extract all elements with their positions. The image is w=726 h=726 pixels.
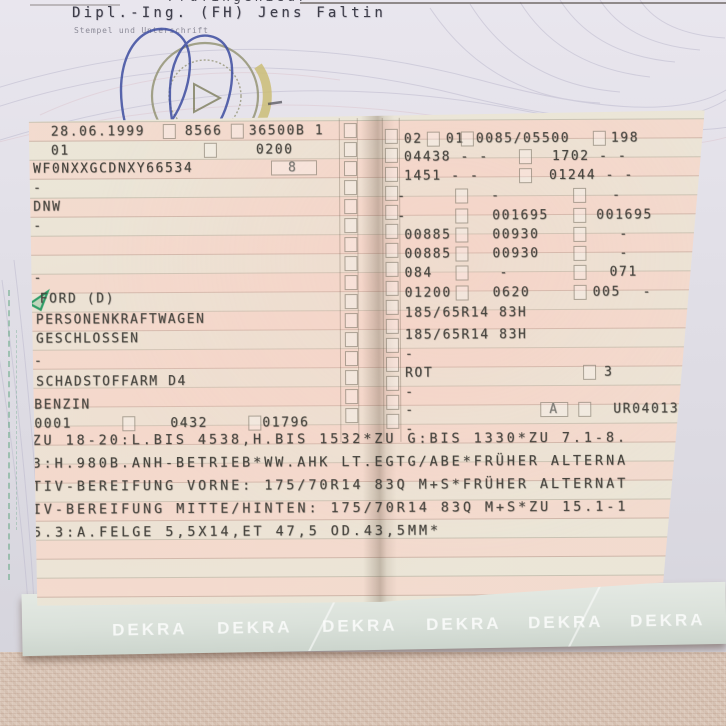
- table-edge-line: [300, 2, 726, 4]
- dekra-logo-text: DEKRA: [528, 612, 604, 633]
- doc-field: BENZIN: [34, 398, 91, 412]
- doc-field: -: [619, 228, 629, 242]
- field-number-box: [344, 142, 357, 157]
- field-number-box: [345, 408, 358, 423]
- doc-field: 00930: [492, 247, 539, 261]
- field-number-box: [344, 237, 357, 252]
- field-number-box: [344, 161, 357, 176]
- field-number-box: [344, 180, 357, 195]
- edge-microtext: [8, 290, 10, 580]
- field-number-box: [573, 188, 586, 203]
- doc-field: DNW: [33, 201, 61, 215]
- remarks-line: IV-BEREIFUNG MITTE/HINTEN: 175/70R14 83Q…: [33, 500, 629, 518]
- field-number-box: [540, 402, 568, 417]
- field-number-box: [385, 129, 398, 144]
- doc-field: -: [34, 355, 44, 369]
- doc-field: 001695: [492, 209, 549, 223]
- field-number-box: [385, 205, 398, 220]
- doc-field: -: [500, 266, 510, 280]
- field-number-box: [345, 370, 358, 385]
- field-number-box: [574, 285, 587, 300]
- field-number-box: [344, 218, 357, 233]
- field-number-box: [583, 365, 596, 380]
- field-number-box: [593, 131, 606, 146]
- registration-document: 28.06.1999856636500B 1010200WF0NXXGCDNXY…: [27, 110, 710, 608]
- field-number-box: [455, 188, 468, 203]
- doc-field: 0432: [170, 417, 208, 431]
- photo-stage: Prüfingenieur Dipl.-Ing. (FH) Jens Falti…: [0, 0, 726, 726]
- doc-field: 01200: [405, 287, 452, 301]
- field-number-box: [345, 294, 358, 309]
- field-number-box: [385, 224, 398, 239]
- doc-field: 071: [610, 266, 638, 280]
- doc-field: -: [405, 404, 415, 418]
- doc-field: GESCHLOSSEN: [36, 332, 140, 347]
- doc-field: 01: [51, 145, 70, 159]
- doc-field: WF0NXXGCDNXY66534: [33, 162, 193, 177]
- remarks-line: 5.3:A.FELGE 5,5X14,ET 47,5 OD.43,5MM*: [33, 524, 441, 541]
- field-number-box: [386, 319, 399, 334]
- field-number-box: [386, 281, 399, 296]
- doc-field: 005: [593, 286, 621, 300]
- field-number-box: [248, 416, 261, 431]
- doc-field: -: [405, 348, 415, 362]
- doc-field: -: [491, 189, 501, 203]
- doc-field: -: [33, 220, 43, 234]
- field-number-box: [345, 389, 358, 404]
- doc-field: -: [397, 190, 407, 204]
- doc-field: 3: [604, 366, 614, 380]
- field-number-box: [231, 124, 244, 139]
- field-number-box: [455, 208, 468, 223]
- doc-field: 02: [404, 133, 423, 147]
- field-number-box: [386, 395, 399, 410]
- doc-field: 01796: [262, 416, 309, 430]
- dekra-logo-text: DEKRA: [426, 614, 502, 635]
- doc-field: -: [397, 210, 407, 224]
- field-number-box: [573, 246, 586, 261]
- doc-field: 0001: [34, 418, 72, 432]
- remarks-line: ZU 18-20:L.BIS 4538,H.BIS 1532*ZU G:BIS …: [32, 431, 628, 449]
- field-number-box: [456, 285, 469, 300]
- field-number-box: [345, 275, 358, 290]
- field-number-box: [344, 256, 357, 271]
- doc-field: 1702 - -: [552, 150, 627, 164]
- field-number-box: [271, 160, 317, 175]
- doc-field: 001695: [596, 209, 653, 223]
- field-number-box: [204, 143, 217, 158]
- doc-field: 04438 - -: [404, 150, 489, 164]
- doc-field: -: [405, 386, 415, 400]
- field-number-box: [122, 416, 135, 431]
- dekra-logo-text: DEKRA: [322, 616, 398, 637]
- field-number-box: [573, 227, 586, 242]
- doc-field: 00930: [492, 228, 539, 242]
- field-number-box: [386, 414, 399, 429]
- doc-field: ROT: [405, 367, 433, 381]
- doc-field: FORD (D): [40, 292, 115, 306]
- remarks-line: 3:H.980B.ANH-BETRIEB*WW.AHK LT.EGTG/ABE*…: [33, 454, 629, 472]
- field-number-box: [574, 265, 587, 280]
- doc-field: 198: [611, 132, 639, 146]
- doc-field: -: [34, 272, 44, 286]
- field-number-box: [427, 132, 440, 147]
- doc-field: -: [612, 189, 622, 203]
- field-number-box: [461, 131, 474, 146]
- doc-field: 8566: [185, 125, 223, 139]
- column-divider: [399, 118, 402, 442]
- edge-microtext-2: [16, 330, 17, 530]
- field-number-box: [456, 265, 469, 280]
- field-number-box: [385, 243, 398, 258]
- field-number-box: [345, 332, 358, 347]
- field-number-box: [163, 124, 176, 139]
- field-number-box: [386, 376, 399, 391]
- doc-field: 185/65R14 83H: [405, 328, 528, 343]
- doc-field: 185/65R14 83H: [405, 306, 528, 321]
- doc-field: SCHADSTOFFARM D4: [36, 375, 187, 390]
- doc-field: 1451 - -: [404, 169, 479, 183]
- doc-field: -: [619, 247, 629, 261]
- field-number-box: [345, 313, 358, 328]
- field-number-box: [455, 246, 468, 261]
- doc-field: -: [33, 182, 43, 196]
- doc-field: 01244 - -: [549, 169, 634, 183]
- dekra-logo-text: DEKRA: [630, 610, 706, 631]
- doc-field: UR040136: [613, 402, 688, 416]
- field-number-box: [344, 199, 357, 214]
- doc-field: 084: [405, 267, 433, 281]
- field-number-box: [385, 262, 398, 277]
- doc-field: 0620: [493, 286, 531, 300]
- dekra-logo-text: DEKRA: [112, 619, 188, 640]
- field-number-box: [386, 300, 399, 315]
- field-number-box: [345, 351, 358, 366]
- doc-field: PERSONENKRAFTWAGEN: [36, 313, 206, 328]
- field-number-box: [386, 357, 399, 372]
- remarks-line: TIV-BEREIFUNG VORNE: 175/70R14 83Q M+S*F…: [33, 477, 629, 495]
- field-number-box: [385, 148, 398, 163]
- field-number-box: [519, 168, 532, 183]
- doc-field: 36500B 1: [249, 124, 324, 138]
- doc-field: 00885: [404, 248, 451, 262]
- doc-field: 00885: [404, 229, 451, 243]
- field-number-box: [573, 208, 586, 223]
- field-number-box: [344, 123, 357, 138]
- doc-field: -: [643, 286, 653, 300]
- field-number-box: [385, 167, 398, 182]
- field-number-box: [578, 402, 591, 417]
- dekra-logo-text: DEKRA: [217, 617, 293, 638]
- doc-field: 0085/05500: [476, 132, 570, 146]
- column-divider: [339, 118, 342, 442]
- doc-field: 28.06.1999: [51, 125, 145, 139]
- doc-field: 0200: [256, 143, 294, 157]
- field-number-box: [519, 149, 532, 164]
- field-number-box: [455, 227, 468, 242]
- field-number-box: [386, 338, 399, 353]
- field-number-box: [385, 186, 398, 201]
